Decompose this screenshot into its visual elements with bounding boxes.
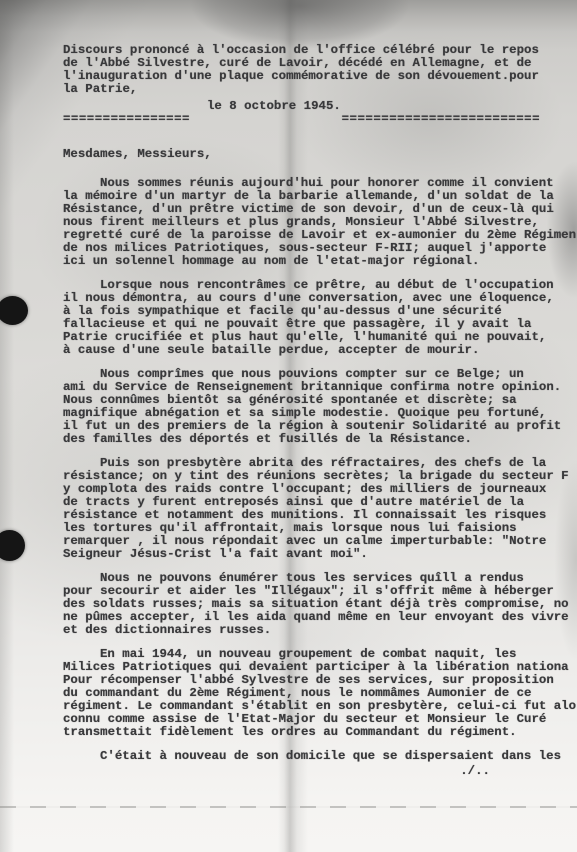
divider-rules: ================ =======================…	[63, 113, 577, 126]
paragraph-2: Lorsque nous rencontrâmes ce prêtre, au …	[63, 279, 577, 357]
continuation-mark: ./..	[63, 765, 577, 778]
document-content: Discours prononcé à l'occasion de l'offi…	[0, 0, 577, 778]
horizontal-fold-crease	[0, 806, 577, 808]
paragraph-5: Nous ne pouvons énumérer tous les servic…	[63, 572, 577, 637]
paragraph-7: C'était à nouveau de son domicile que se…	[63, 750, 577, 763]
salutation: Mesdames, Messieurs,	[63, 148, 577, 161]
divider-rule-right: =========================	[342, 113, 540, 126]
paragraph-4: Puis son presbytère abrita des réfractai…	[63, 457, 577, 561]
document-title: Discours prononcé à l'occasion de l'offi…	[63, 44, 577, 96]
paragraph-6: En mai 1944, un nouveau groupement de co…	[63, 648, 577, 739]
divider-rule-left: ================	[63, 113, 190, 126]
paragraph-1: Nous sommes réunis aujourd'hui pour hono…	[63, 177, 577, 268]
scanned-document-page: Discours prononcé à l'occasion de l'offi…	[0, 0, 577, 852]
paragraph-3: Nous comprîmes que nous pouvions compter…	[63, 368, 577, 446]
